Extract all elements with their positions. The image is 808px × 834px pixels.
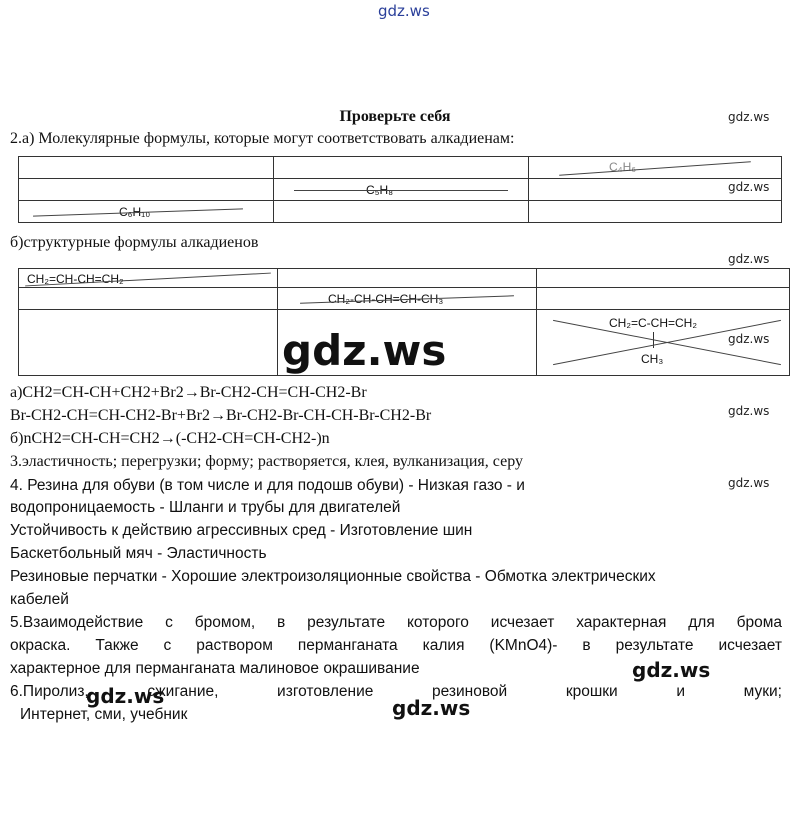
question-2b-heading: б)структурные формулы алкадиенов — [10, 234, 258, 252]
answer-line: Резиновые перчатки - Хорошие электроизол… — [10, 568, 656, 586]
watermark-medium: gdz.ws — [392, 696, 470, 720]
answer-line: Баскетбольный мяч - Эластичность — [10, 545, 267, 563]
answer-line: характерное для перманганата малиновое о… — [10, 660, 420, 678]
question-2a-heading: 2.а) Молекулярные формулы, которые могут… — [10, 130, 514, 148]
answer-line: кабелей — [10, 591, 69, 609]
watermark-medium: gdz.ws — [632, 658, 710, 682]
answer-line: Интернет, сми, учебник — [20, 706, 187, 724]
answer-line: Br-CH2-CH=CH-CH2-Br+Br2→Br-CH2-Br-CH-CH-… — [10, 407, 431, 425]
answer-line: водопроницаемость - Шланги и трубы для д… — [10, 499, 400, 517]
cell-c6h10: C₆H₁₀ — [19, 201, 274, 223]
page-title: Проверьте себя — [0, 108, 790, 126]
watermark: gdz.ws — [728, 332, 769, 346]
watermark: gdz.ws — [728, 252, 769, 266]
answer-line: 4. Резина для обуви (в том числе и для п… — [10, 477, 525, 495]
watermark: gdz.ws — [728, 404, 769, 418]
cell-pentadiene: CH₂-CH-CH=CH-CH₃ — [278, 288, 537, 310]
watermark-medium: gdz.ws — [86, 684, 164, 708]
formulas-table: C₄H₆ C₅H₈ C₆H₁₀ — [18, 156, 782, 223]
watermark: gdz.ws — [728, 110, 769, 124]
cell-c4h6: C₄H₆ — [529, 157, 782, 179]
cell-butadiene: CH₂=CH-CH=CH₂ — [19, 269, 278, 288]
watermark-top: gdz.ws — [378, 2, 430, 20]
watermark: gdz.ws — [728, 476, 769, 490]
answer-line: 3.эластичность; перегрузки; форму; раств… — [10, 453, 523, 471]
watermark: gdz.ws — [728, 180, 769, 194]
answer-line: 5.Взаимодействие с бромом, в результате … — [10, 614, 782, 632]
watermark-large: gdz.ws — [282, 326, 446, 375]
answer-line: Устойчивость к действию агрессивных сред… — [10, 522, 472, 540]
cell-c5h8: C₅H₈ — [274, 179, 529, 201]
answer-line: окраска. Также с раствором перманганата … — [10, 637, 782, 655]
answer-line: а)CH2=CH-CH+CH2+Br2→Br-CH2-CH=CH-CH2-Br — [10, 384, 367, 402]
answer-line: б)nCH2=CH-CH=CH2→(-CH2-CH=CH-CH2-)n — [10, 430, 330, 448]
